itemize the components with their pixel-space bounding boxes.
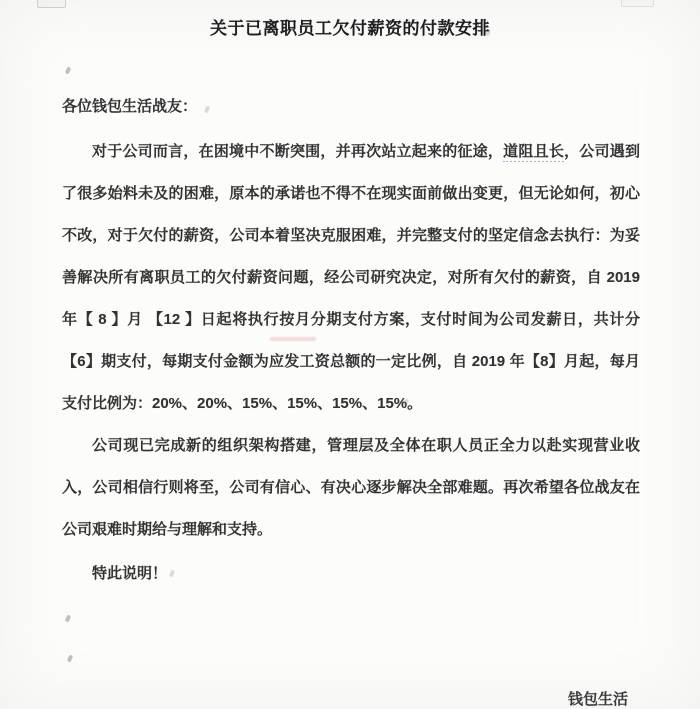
underlined-phrase: 道阻且长 xyxy=(503,143,564,162)
paragraph1-line2: 了很多始料未及的困难，原本的承诺也不得不在现实面前做出变更，但无论如何，初心 xyxy=(62,183,640,204)
scan-artifact-top-left xyxy=(37,0,66,8)
salutation: 各位钱包生活战友： xyxy=(62,96,197,117)
line1-text-post: ，公司遇到 xyxy=(564,143,640,160)
scan-speck xyxy=(65,67,71,75)
paragraph2-line3: 公司艰难时期给与理解和支持。 xyxy=(62,519,640,540)
scan-speck xyxy=(67,655,73,663)
scan-artifact-top-right xyxy=(621,0,654,7)
line1-text-pre: 对于公司而言，在困境中不断突围，并再次站立起来的征途， xyxy=(92,143,503,160)
paragraph2-line1: 公司现已完成新的组织架构搭建，管理层及全体在职人员正全力以赴实现营业收 xyxy=(62,435,640,456)
closing-statement: 特此说明！ xyxy=(62,563,640,584)
paragraph1-line1: 对于公司而言，在困境中不断突围，并再次站立起来的征途，道阻且长，公司遇到 xyxy=(62,141,640,162)
scan-speck xyxy=(204,106,210,114)
paragraph1-line6: 【6】期支付，每期支付金额为应发工资总额的一定比例，自 2019 年【8】月起，… xyxy=(62,351,640,372)
paragraph1-line7: 支付比例为：20%、20%、15%、15%、15%、15%。 xyxy=(62,393,640,414)
paragraph1-line4: 善解决所有离职员工的欠付薪资问题，经公司研究决定，对所有欠付的薪资，自 2019 xyxy=(62,267,640,288)
scan-speck xyxy=(65,615,71,623)
paragraph2-line2: 入，公司相信行则将至，公司有信心、有决心逐步解决全部难题。再次希望各位战友在 xyxy=(62,477,640,498)
paragraph1-line5: 年【 8 】月 【12 】日起将执行按月分期支付方案，支付时间为公司发薪日，共计… xyxy=(62,309,640,330)
company-signature: 钱包生活 xyxy=(568,689,628,709)
paragraph1-line3: 不改，对于欠付的薪资，公司本着坚决克服困难，并完整支付的坚定信念去执行：为妥 xyxy=(62,225,640,246)
document-title: 关于已离职员工欠付薪资的付款安排 xyxy=(0,14,700,39)
scan-smudge xyxy=(270,337,316,341)
scanned-document-page: 关于已离职员工欠付薪资的付款安排 各位钱包生活战友： 对于公司而言，在困境中不断… xyxy=(0,0,700,709)
